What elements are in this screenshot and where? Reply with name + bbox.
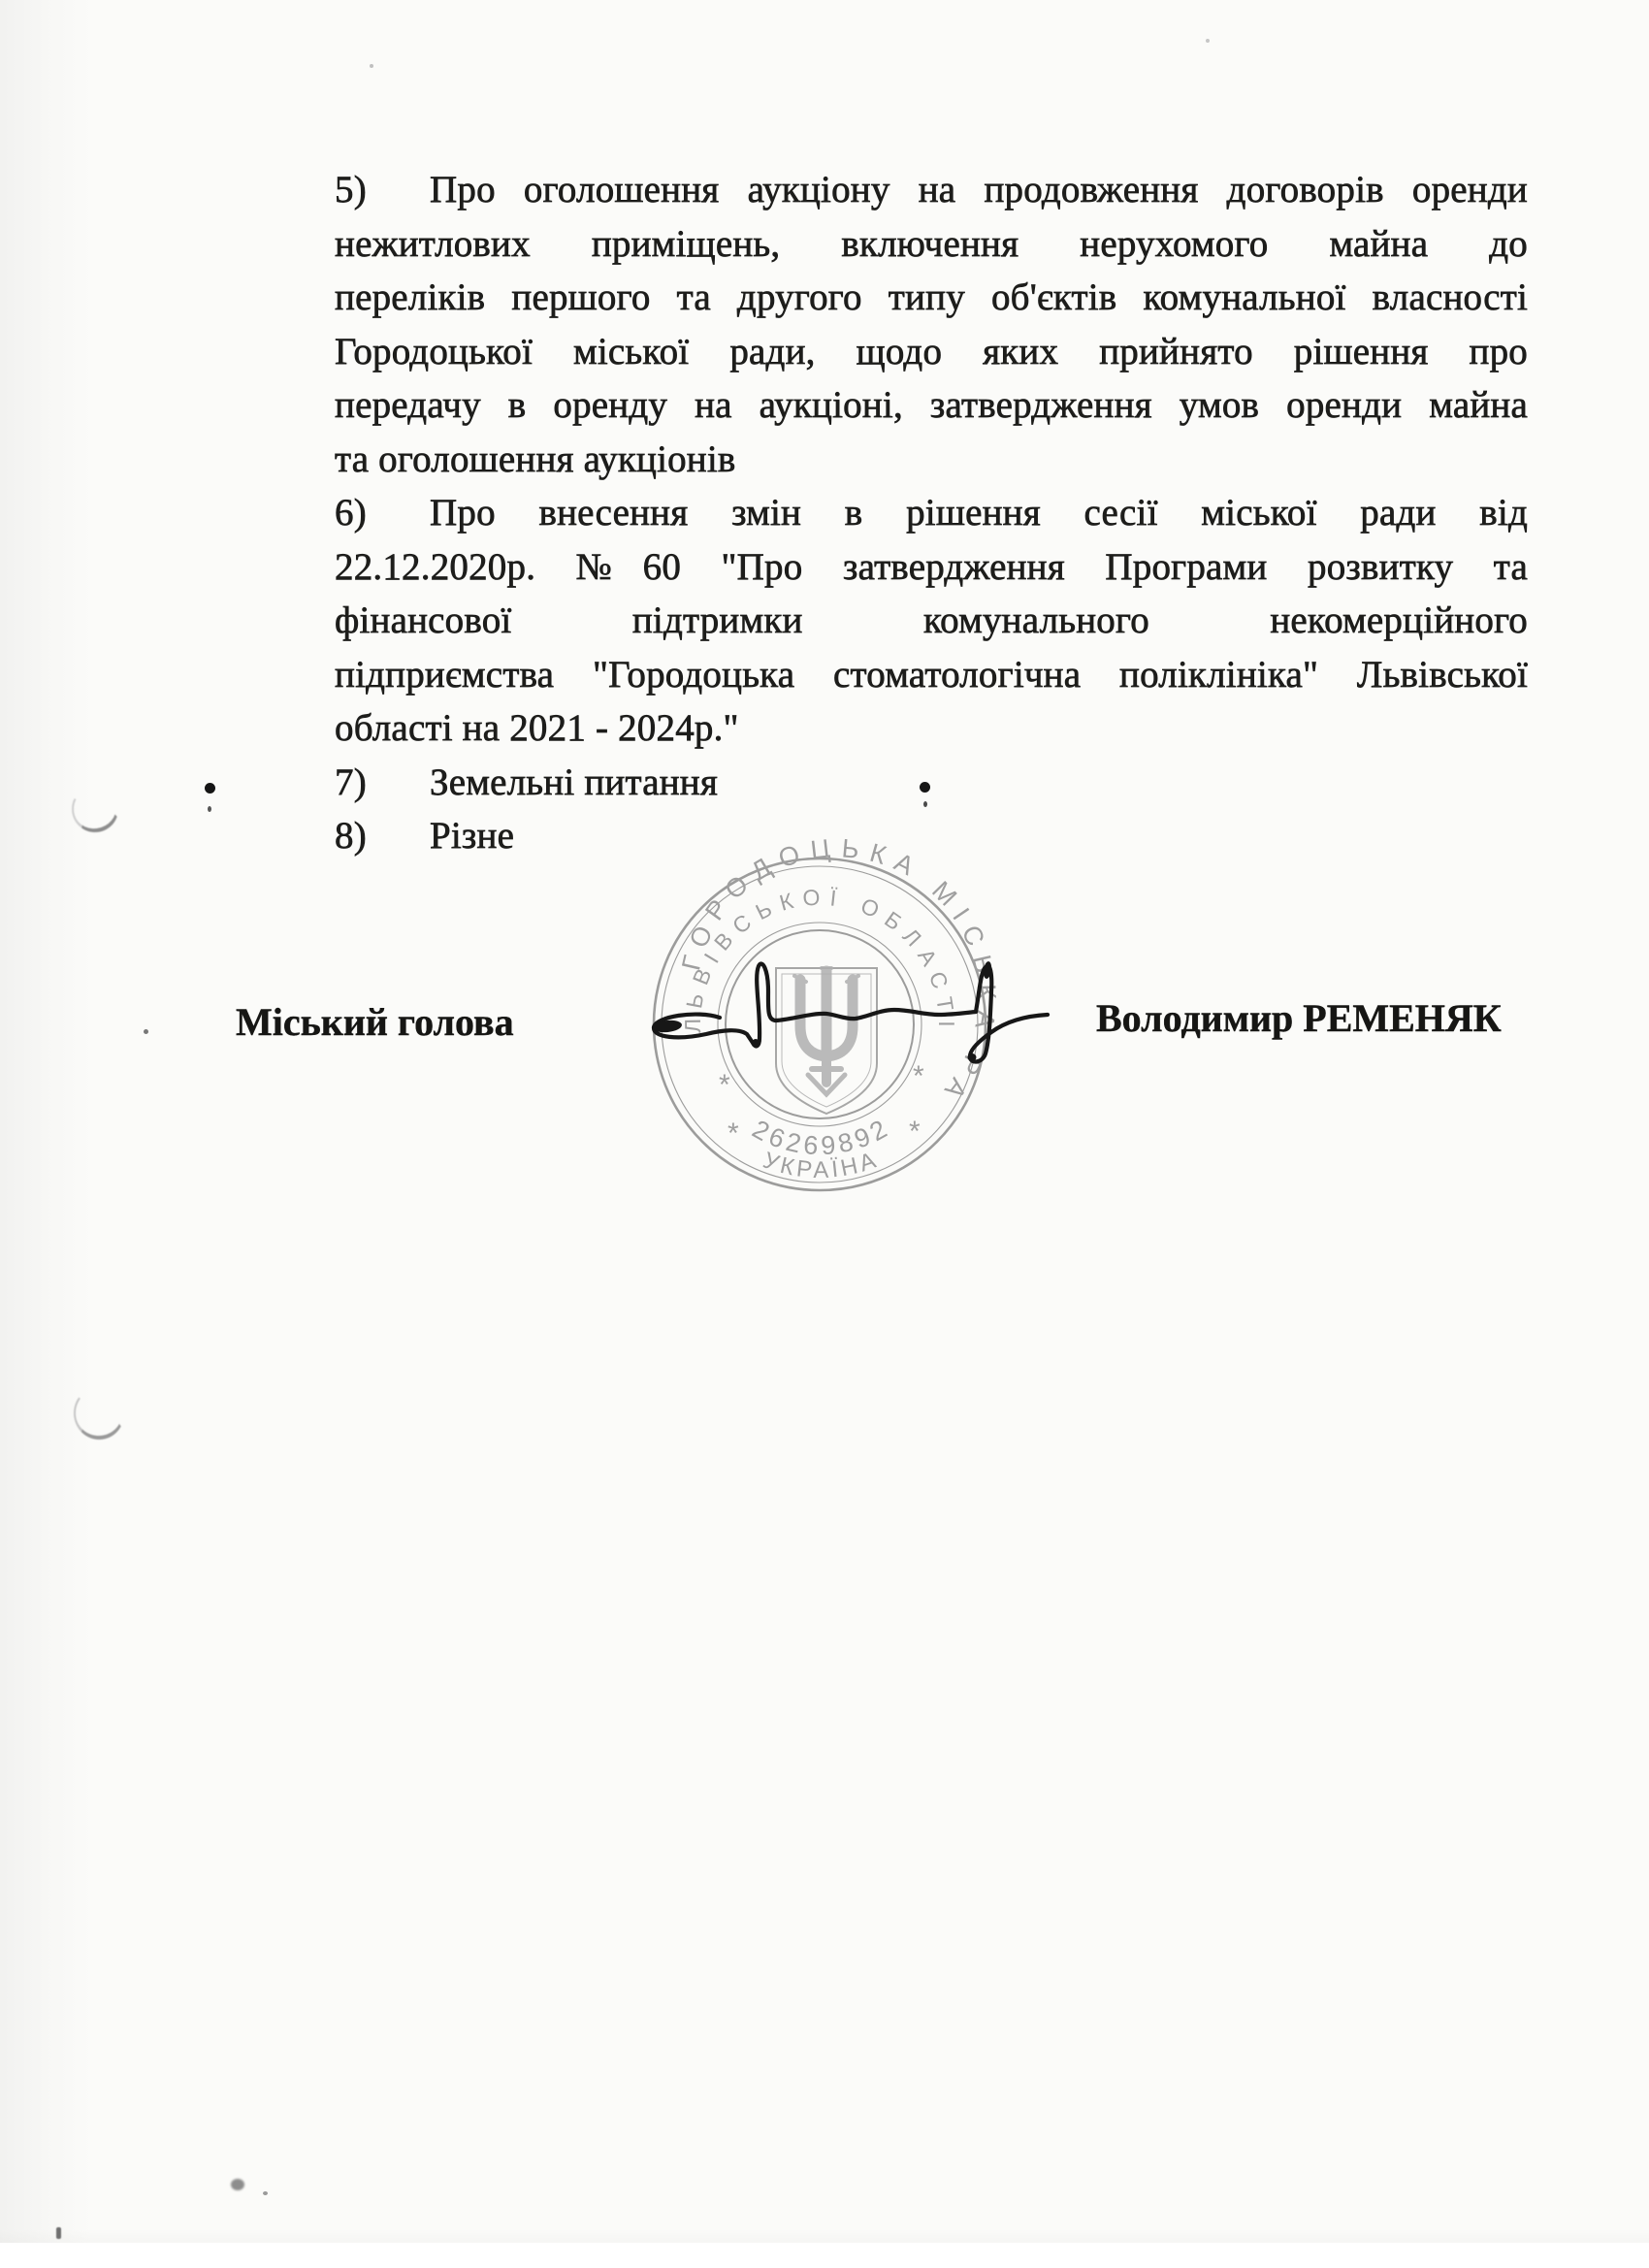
scan-smudge: [56, 2227, 61, 2239]
agenda-line: Городоцької міської ради, щодо яких прий…: [335, 325, 1528, 379]
agenda-text: 5)Про оголошення аукціону на продовження…: [335, 163, 1528, 863]
scan-smudge: [263, 2191, 268, 2195]
agenda-line: та оголошення аукціонів: [335, 433, 1528, 487]
ink-speck: [923, 801, 927, 807]
agenda-line: 6)Про внесення змін в рішення сесії місь…: [335, 486, 1528, 540]
agenda-line: підприємства "Городоцька стоматологічна …: [335, 648, 1528, 702]
agenda-line: нежитлових приміщень, включення нерухомо…: [335, 217, 1528, 272]
stamp-country-text: УКРАЇНА: [760, 1148, 879, 1183]
agenda-line: переліків першого та другого типу об'єкт…: [335, 271, 1528, 325]
agenda-line: області на 2021 - 2024р.": [335, 701, 1528, 756]
agenda-line: передачу в оренду на аукціоні, затвердже…: [335, 378, 1528, 433]
item-number: 6): [335, 486, 430, 540]
signer-title: Міський голова: [236, 999, 514, 1046]
stamp-star-icon: *: [727, 1118, 739, 1150]
signature-stroke: [611, 922, 1077, 1086]
page-bottom-edge: [0, 2243, 1649, 2268]
scan-smudge: [231, 2179, 244, 2190]
item-number: 8): [335, 809, 430, 863]
ink-speck: [144, 1029, 148, 1034]
line-text: Про внесення змін в рішення сесії місько…: [430, 492, 1528, 534]
scan-speck: [370, 64, 373, 68]
line-text: Різне: [430, 815, 514, 857]
agenda-line: 5)Про оголошення аукціону на продовження…: [335, 163, 1528, 217]
ink-speck: [208, 806, 211, 812]
scan-speck: [1206, 39, 1210, 43]
ink-dot: [920, 782, 930, 793]
agenda-line: фінансової підтримки комунального некоме…: [335, 594, 1528, 648]
item-number: 5): [335, 163, 430, 217]
signer-name: Володимир РЕМЕНЯК: [1096, 995, 1502, 1042]
ink-dot: [205, 783, 215, 794]
item-number: 7): [335, 756, 430, 810]
punch-mark: [66, 780, 124, 838]
stamp-star-icon: *: [909, 1116, 921, 1148]
line-text: Земельні питання: [430, 761, 718, 803]
agenda-line: 7)Земельні питання: [335, 756, 1528, 810]
line-text: Про оголошення аукціону на продовження д…: [430, 169, 1528, 211]
agenda-line: 22.12.2020р. №60 "Про затвердження Прогр…: [335, 540, 1528, 595]
scanned-page: 5)Про оголошення аукціону на продовження…: [0, 0, 1649, 2249]
punch-mark: [70, 1384, 127, 1443]
